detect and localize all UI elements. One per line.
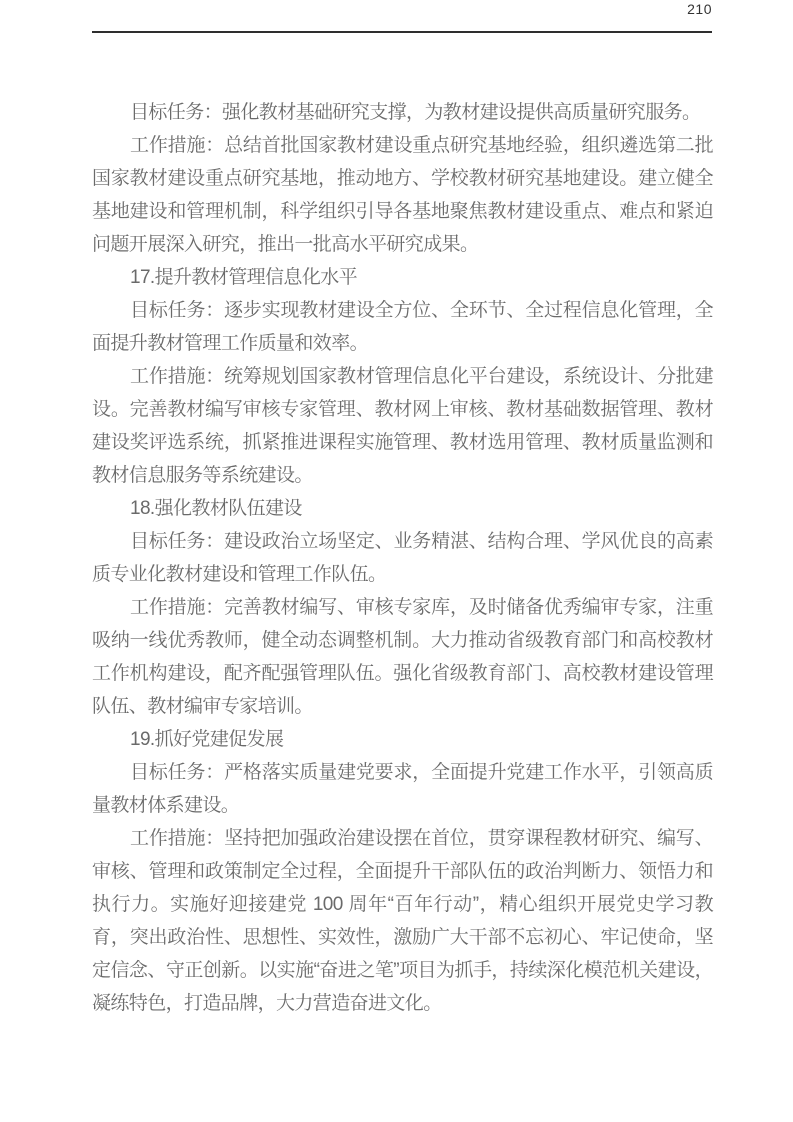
page-number: 210 (687, 1, 712, 17)
document-body: 目标任务：强化教材基础研究支撑，为教材建设提供高质量研究服务。工作措施：总结首批… (92, 96, 713, 1020)
document-page: 210 目标任务：强化教材基础研究支撑，为教材建设提供高质量研究服务。工作措施：… (0, 0, 793, 1122)
paragraph: 工作措施：总结首批国家教材建设重点研究基地经验，组织遴选第二批国家教材建设重点研… (92, 129, 713, 261)
section-heading: 18.强化教材队伍建设 (92, 492, 713, 525)
section-heading: 17.提升教材管理信息化水平 (92, 261, 713, 294)
paragraph: 目标任务：严格落实质量建党要求，全面提升党建工作水平，引领高质量教材体系建设。 (92, 756, 713, 822)
section-heading: 19.抓好党建促发展 (92, 723, 713, 756)
header-rule (92, 31, 712, 33)
paragraph: 目标任务：强化教材基础研究支撑，为教材建设提供高质量研究服务。 (92, 96, 713, 129)
paragraph: 工作措施：统筹规划国家教材管理信息化平台建设，系统设计、分批建设。完善教材编写审… (92, 360, 713, 492)
paragraph: 目标任务：建设政治立场坚定、业务精湛、结构合理、学风优良的高素质专业化教材建设和… (92, 525, 713, 591)
paragraph: 工作措施：完善教材编写、审核专家库，及时储备优秀编审专家，注重吸纳一线优秀教师，… (92, 591, 713, 723)
paragraph: 目标任务：逐步实现教材建设全方位、全环节、全过程信息化管理，全面提升教材管理工作… (92, 294, 713, 360)
paragraph: 工作措施：坚持把加强政治建设摆在首位，贯穿课程教材研究、编写、审核、管理和政策制… (92, 822, 713, 1020)
